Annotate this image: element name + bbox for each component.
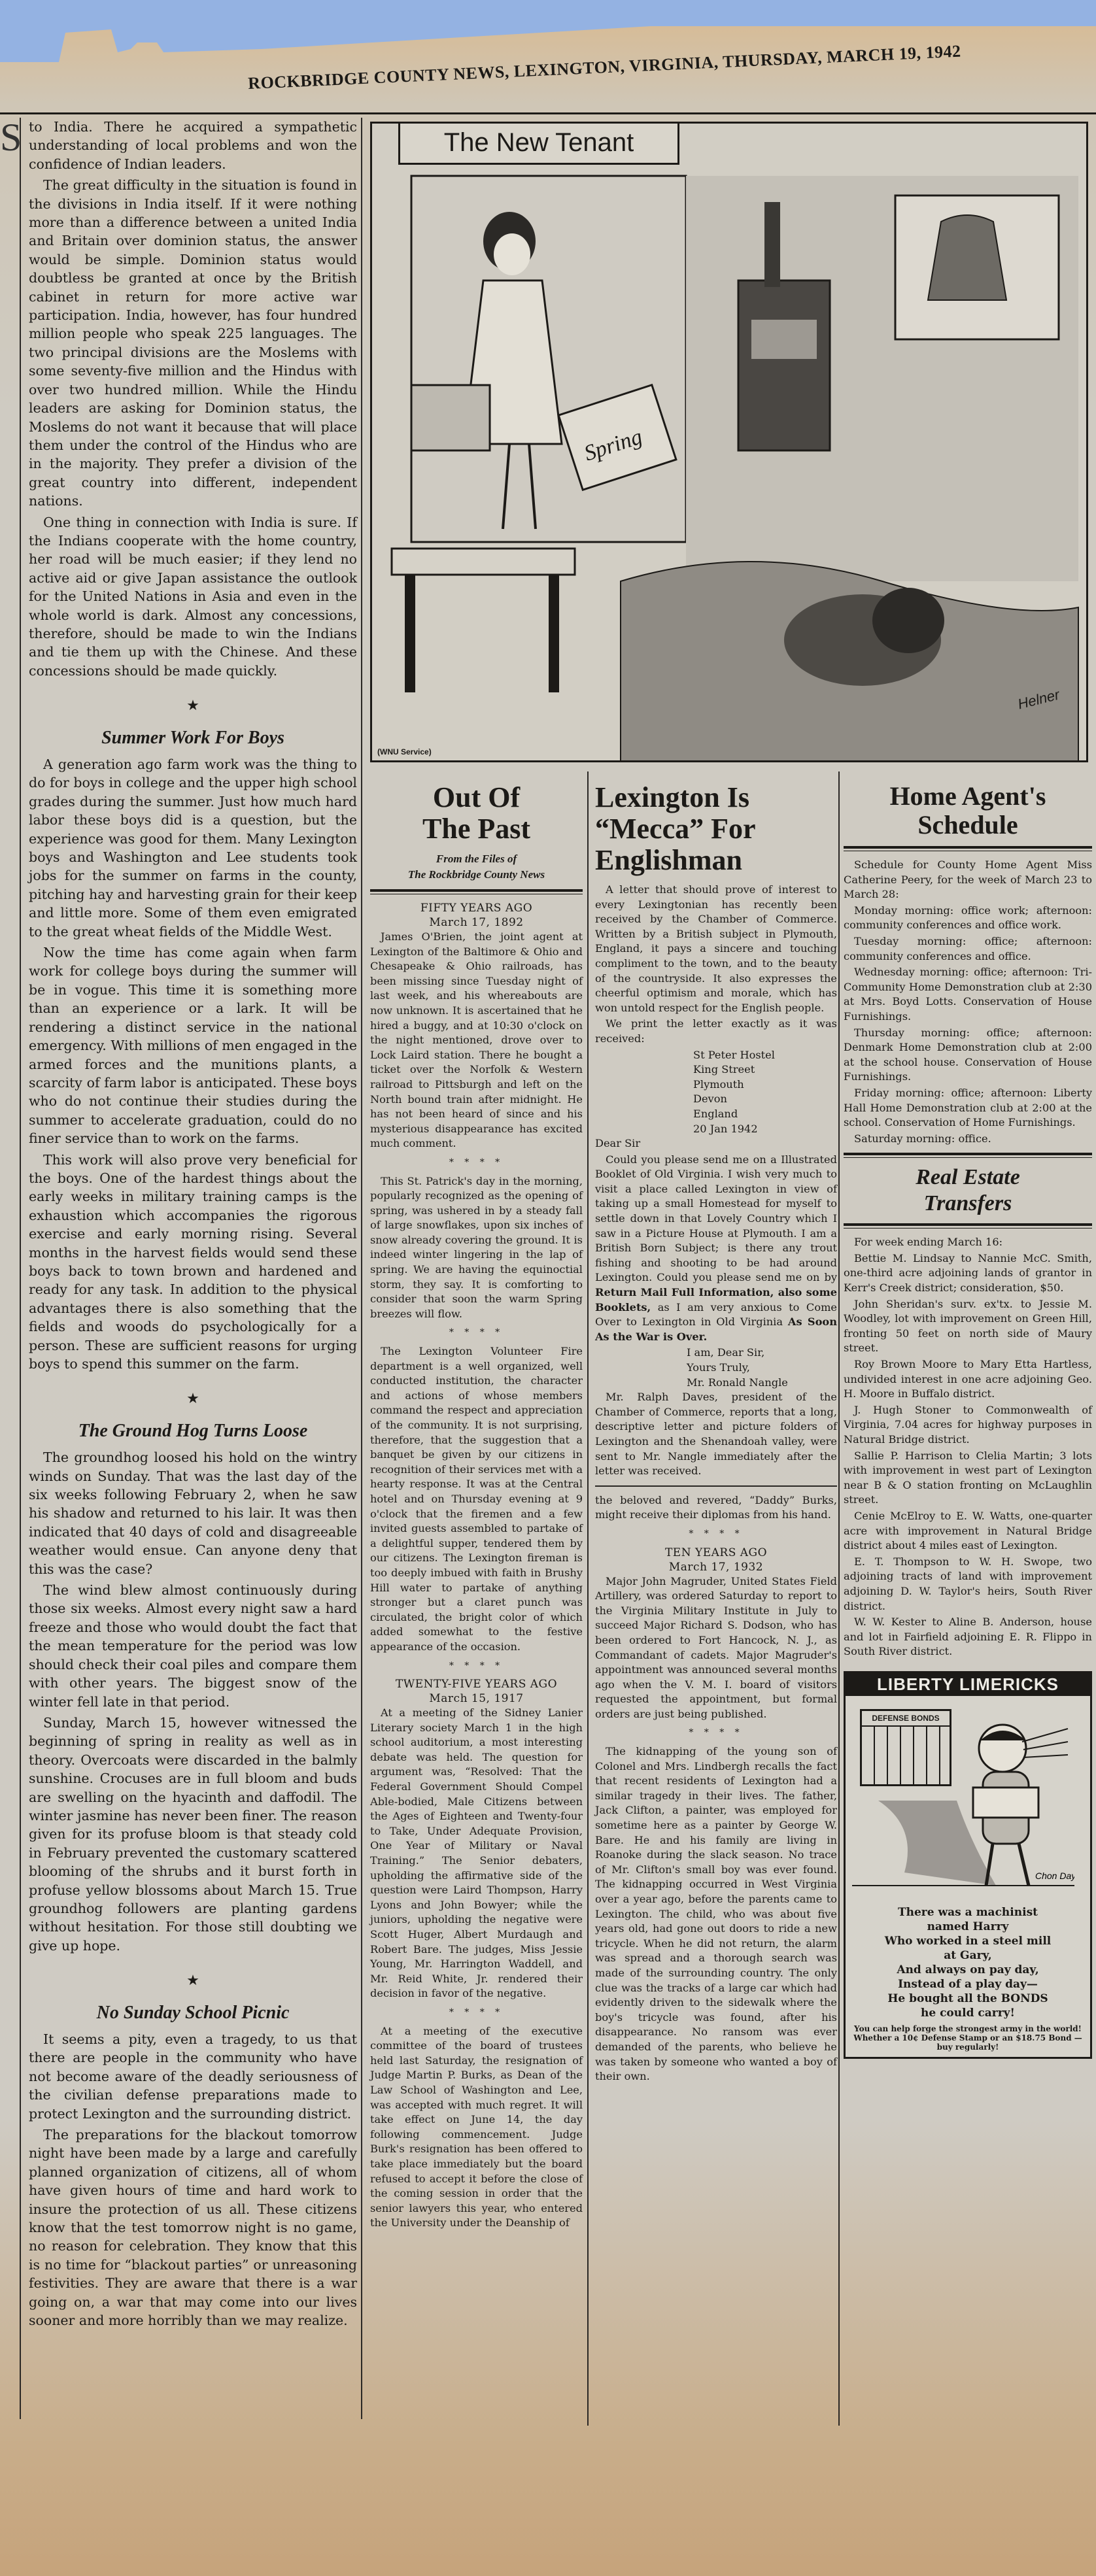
mecca-headline: Lexington Is “Mecca” For Englishman bbox=[595, 782, 837, 876]
masthead: ROCKBRIDGE COUNTY NEWS, LEXINGTON, VIRGI… bbox=[0, 62, 1096, 101]
ad-title: LIBERTY LIMERICKS bbox=[846, 1673, 1090, 1696]
home-agent-column: Home Agent's Schedule Schedule for Count… bbox=[844, 778, 1092, 2059]
cartoon-credit: (WNU Service) bbox=[377, 747, 432, 756]
twenty-five-years-head: TWENTY-FIVE YEARS AGO bbox=[370, 1677, 583, 1691]
transfer-paragraph: For week ending March 16: bbox=[844, 1235, 1092, 1250]
section-rule bbox=[844, 1153, 1092, 1158]
cartoon-illustration-icon: Spring bbox=[372, 124, 1088, 762]
headline-picnic: No Sunday School Picnic bbox=[29, 2004, 357, 2022]
star-separator-icon: ★ bbox=[29, 1390, 357, 1408]
schedule-paragraph: Friday morning: office; afternoon: Liber… bbox=[844, 1086, 1092, 1130]
machinist-figure-icon: Chon Day bbox=[852, 1703, 1074, 1899]
ten-years-date: March 17, 1932 bbox=[595, 1560, 837, 1574]
star-separator-icon: ★ bbox=[29, 1972, 357, 1990]
column-divider bbox=[361, 118, 362, 2419]
column-divider bbox=[20, 118, 21, 2419]
past-paragraph: Major John Magruder, United States Field… bbox=[595, 1574, 837, 1722]
dots-separator: * * * * bbox=[370, 2005, 583, 2020]
editorial-cartoon: The New Tenant Spring Helner (WNU Servic… bbox=[370, 122, 1088, 762]
letter-address: St Peter Hostel King Street Plymouth Dev… bbox=[595, 1048, 837, 1137]
letter-body: Could you please send me on a Illustrate… bbox=[595, 1153, 837, 1345]
editorial-paragraph: to India. There he acquired a sympatheti… bbox=[29, 118, 357, 173]
letter-signoff: I am, Dear Sir, Yours Truly, Mr. Ronald … bbox=[595, 1346, 837, 1390]
dots-separator: * * * * bbox=[370, 1659, 583, 1674]
clipped-letter: S bbox=[0, 118, 20, 157]
transfer-paragraph: J. Hugh Stoner to Commonwealth of Virgin… bbox=[844, 1403, 1092, 1448]
mecca-paragraph: We print the letter exactly as it was re… bbox=[595, 1017, 837, 1046]
editorial-paragraph: It seems a pity, even a tragedy, to us t… bbox=[29, 2030, 357, 2123]
dots-separator: * * * * bbox=[370, 1325, 583, 1340]
past-paragraph: At a meeting of the Sidney Lanier Litera… bbox=[370, 1706, 583, 2001]
schedule-paragraph: Saturday morning: office. bbox=[844, 1132, 1092, 1147]
editorial-column: to India. There he acquired a sympatheti… bbox=[29, 118, 357, 2333]
past-paragraph: This St. Patrick's day in the morning, p… bbox=[370, 1174, 583, 1322]
out-of-the-past-column: Out Of The Past From the Files of The Ro… bbox=[370, 778, 583, 2232]
home-agent-headline: Home Agent's Schedule bbox=[844, 782, 1092, 839]
editorial-paragraph: Now the time has come again when farm wo… bbox=[29, 943, 357, 1147]
column-divider bbox=[587, 771, 589, 2426]
masthead-rule bbox=[0, 112, 1096, 114]
fifty-years-head: FIFTY YEARS AGO bbox=[370, 901, 583, 915]
dots-separator: * * * * bbox=[595, 1725, 837, 1740]
past-paragraph: The kidnapping of the young son of Colon… bbox=[595, 1744, 837, 2084]
star-separator-icon: ★ bbox=[29, 697, 357, 715]
ad-footer: You can help forge the strongest army in… bbox=[846, 2020, 1090, 2052]
mecca-column: Lexington Is “Mecca” For Englishman A le… bbox=[595, 778, 837, 2086]
past-subtitle: From the Files of The Rockbridge County … bbox=[370, 851, 583, 883]
clipped-adjacent-column: S bbox=[0, 118, 20, 157]
editorial-paragraph: The groundhog loosed his hold on the win… bbox=[29, 1448, 357, 1578]
schedule-paragraph: Schedule for County Home Agent Miss Cath… bbox=[844, 858, 1092, 902]
editorial-paragraph: The great difficulty in the situation is… bbox=[29, 176, 357, 510]
past-jump-text: the beloved and revered, “Daddy” Burks, … bbox=[595, 1493, 837, 1523]
transfer-paragraph: Bettie M. Lindsay to Nannie McC. Smith, … bbox=[844, 1251, 1092, 1296]
liberty-limericks-ad: LIBERTY LIMERICKS DEFENSE BONDS Chon Day bbox=[844, 1671, 1092, 2059]
editorial-paragraph: Sunday, March 15, however witnessed the … bbox=[29, 1714, 357, 1955]
editorial-paragraph: A generation ago farm work was the thing… bbox=[29, 755, 357, 941]
transfer-paragraph: Cenie McElroy to E. W. Watts, one-quarte… bbox=[844, 1509, 1092, 1553]
mecca-paragraph: A letter that should prove of interest t… bbox=[595, 883, 837, 1015]
ad-illustration: DEFENSE BONDS Chon Day bbox=[852, 1703, 1084, 1899]
dots-separator: * * * * bbox=[595, 1527, 837, 1542]
column-divider bbox=[838, 771, 840, 2426]
past-paragraph: The Lexington Volunteer Fire department … bbox=[370, 1344, 583, 1654]
schedule-paragraph: Thursday morning: office; afternoon: Den… bbox=[844, 1026, 1092, 1085]
past-paragraph: At a meeting of the executive committee … bbox=[370, 2024, 583, 2231]
transfer-paragraph: John Sheridan's surv. ex'tx. to Jessie M… bbox=[844, 1297, 1092, 1356]
schedule-paragraph: Monday morning: office work; afternoon: … bbox=[844, 904, 1092, 933]
fifty-years-date: March 17, 1892 bbox=[370, 915, 583, 930]
editorial-paragraph: One thing in connection with India is su… bbox=[29, 513, 357, 681]
transfer-paragraph: E. T. Thompson to W. H. Swope, two adjoi… bbox=[844, 1555, 1092, 1614]
schedule-paragraph: Wednesday morning: office; afternoon: Tr… bbox=[844, 965, 1092, 1024]
mecca-closing: Mr. Ralph Daves, president of the Chambe… bbox=[595, 1390, 837, 1479]
headline-ground-hog: The Ground Hog Turns Loose bbox=[29, 1422, 357, 1440]
editorial-paragraph: The wind blew almost continuously during… bbox=[29, 1581, 357, 1711]
past-headline: Out Of The Past bbox=[370, 782, 583, 845]
letter-salutation: Dear Sir bbox=[595, 1136, 837, 1151]
section-rule bbox=[370, 889, 583, 894]
transfer-paragraph: Roy Brown Moore to Mary Etta Hartless, u… bbox=[844, 1357, 1092, 1402]
editorial-paragraph: This work will also prove very beneficia… bbox=[29, 1151, 357, 1374]
section-rule bbox=[844, 1223, 1092, 1229]
svg-text:Chon Day: Chon Day bbox=[1035, 1871, 1074, 1881]
editorial-paragraph: The preparations for the blackout tomorr… bbox=[29, 2126, 357, 2330]
ten-years-head: TEN YEARS AGO bbox=[595, 1546, 837, 1560]
schedule-paragraph: Tuesday morning: office; afternoon: comm… bbox=[844, 934, 1092, 964]
twenty-five-years-date: March 15, 1917 bbox=[370, 1691, 583, 1706]
headline-summer-work: Summer Work For Boys bbox=[29, 729, 357, 747]
dots-separator: * * * * bbox=[370, 1155, 583, 1170]
transfer-paragraph: Sallie P. Harrison to Clelia Martin; 3 l… bbox=[844, 1449, 1092, 1508]
section-rule bbox=[595, 1485, 837, 1487]
real-estate-headline: Real Estate Transfers bbox=[844, 1164, 1092, 1217]
section-rule bbox=[844, 846, 1092, 851]
past-paragraph: James O'Brien, the joint agent at Lexing… bbox=[370, 930, 583, 1151]
limerick-verse: There was a machinist named Harry Who wo… bbox=[846, 1905, 1090, 2020]
transfer-paragraph: W. W. Kester to Aline B. Anderson, house… bbox=[844, 1615, 1092, 1659]
